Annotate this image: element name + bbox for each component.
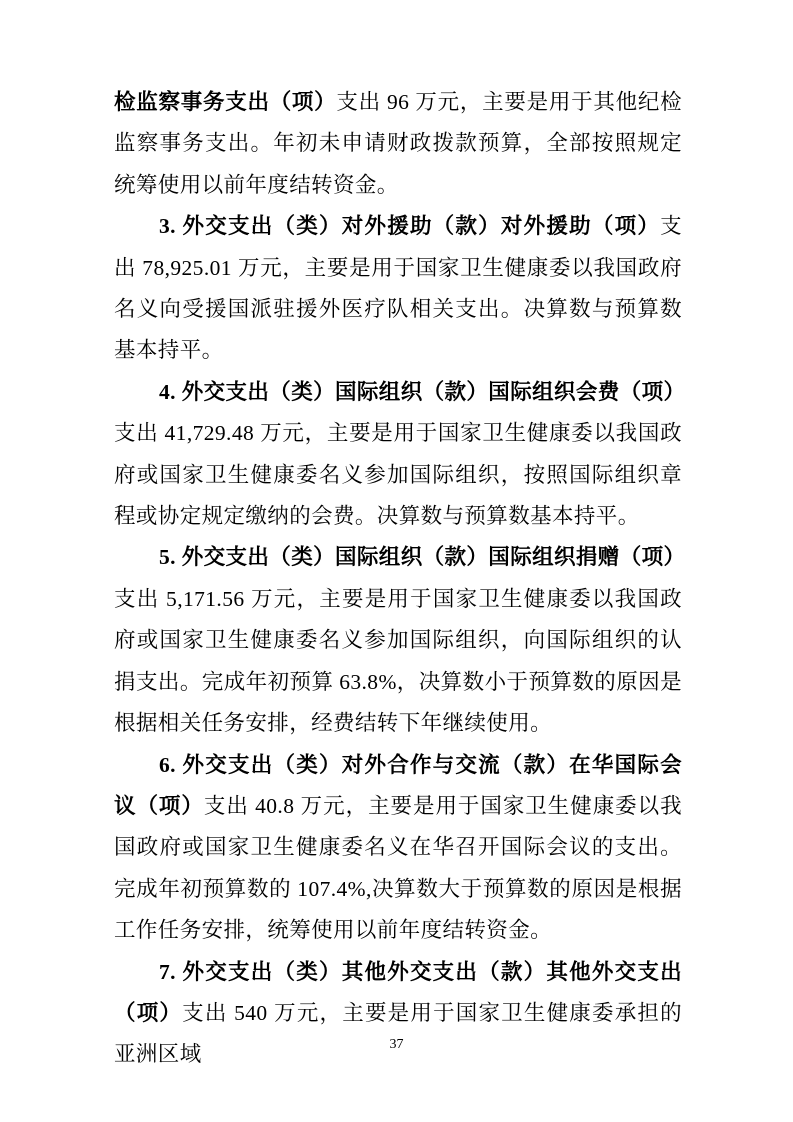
paragraph-heading: 3. 外交支出（类）对外援助（款）对外援助（项）: [159, 214, 660, 238]
paragraph-heading: 4. 外交支出（类）国际组织（款）国际组织会费（项）: [159, 380, 685, 404]
document-page: 检监察事务支出（项）支出 96 万元，主要是用于其他纪检监察事务支出。年初未申请…: [0, 0, 793, 1122]
paragraph-item-3: 3. 外交支出（类）对外援助（款）对外援助（项）支出 78,925.01 万元，…: [114, 206, 682, 372]
paragraph-heading: 5. 外交支出（类）国际组织（款）国际组织捐赠（项）: [159, 545, 685, 569]
paragraph-item-4: 4. 外交支出（类）国际组织（款）国际组织会费（项）支出 41,729.48 万…: [114, 372, 682, 538]
paragraph-item-5: 5. 外交支出（类）国际组织（款）国际组织捐赠（项）支出 5,171.56 万元…: [114, 537, 682, 744]
paragraph-heading: 检监察事务支出（项）: [114, 90, 336, 114]
paragraph-continued: 检监察事务支出（项）支出 96 万元，主要是用于其他纪检监察事务支出。年初未申请…: [114, 82, 682, 206]
paragraph-item-6: 6. 外交支出（类）对外合作与交流（款）在华国际会议（项）支出 40.8 万元，…: [114, 745, 682, 952]
paragraph-text: 支出 41,729.48 万元，主要是用于国家卫生健康委以我国政府或国家卫生健康…: [114, 421, 682, 528]
paragraph-text: 支出 540 万元，主要是用于国家卫生健康委承担的亚洲区域: [114, 1001, 682, 1066]
page-number: 37: [0, 1037, 793, 1053]
document-content: 检监察事务支出（项）支出 96 万元，主要是用于其他纪检监察事务支出。年初未申请…: [114, 82, 682, 1076]
paragraph-item-7: 7. 外交支出（类）其他外交支出（款）其他外交支出（项）支出 540 万元，主要…: [114, 952, 682, 1076]
paragraph-text: 支出 5,171.56 万元，主要是用于国家卫生健康委以我国政府或国家卫生健康委…: [114, 587, 682, 735]
